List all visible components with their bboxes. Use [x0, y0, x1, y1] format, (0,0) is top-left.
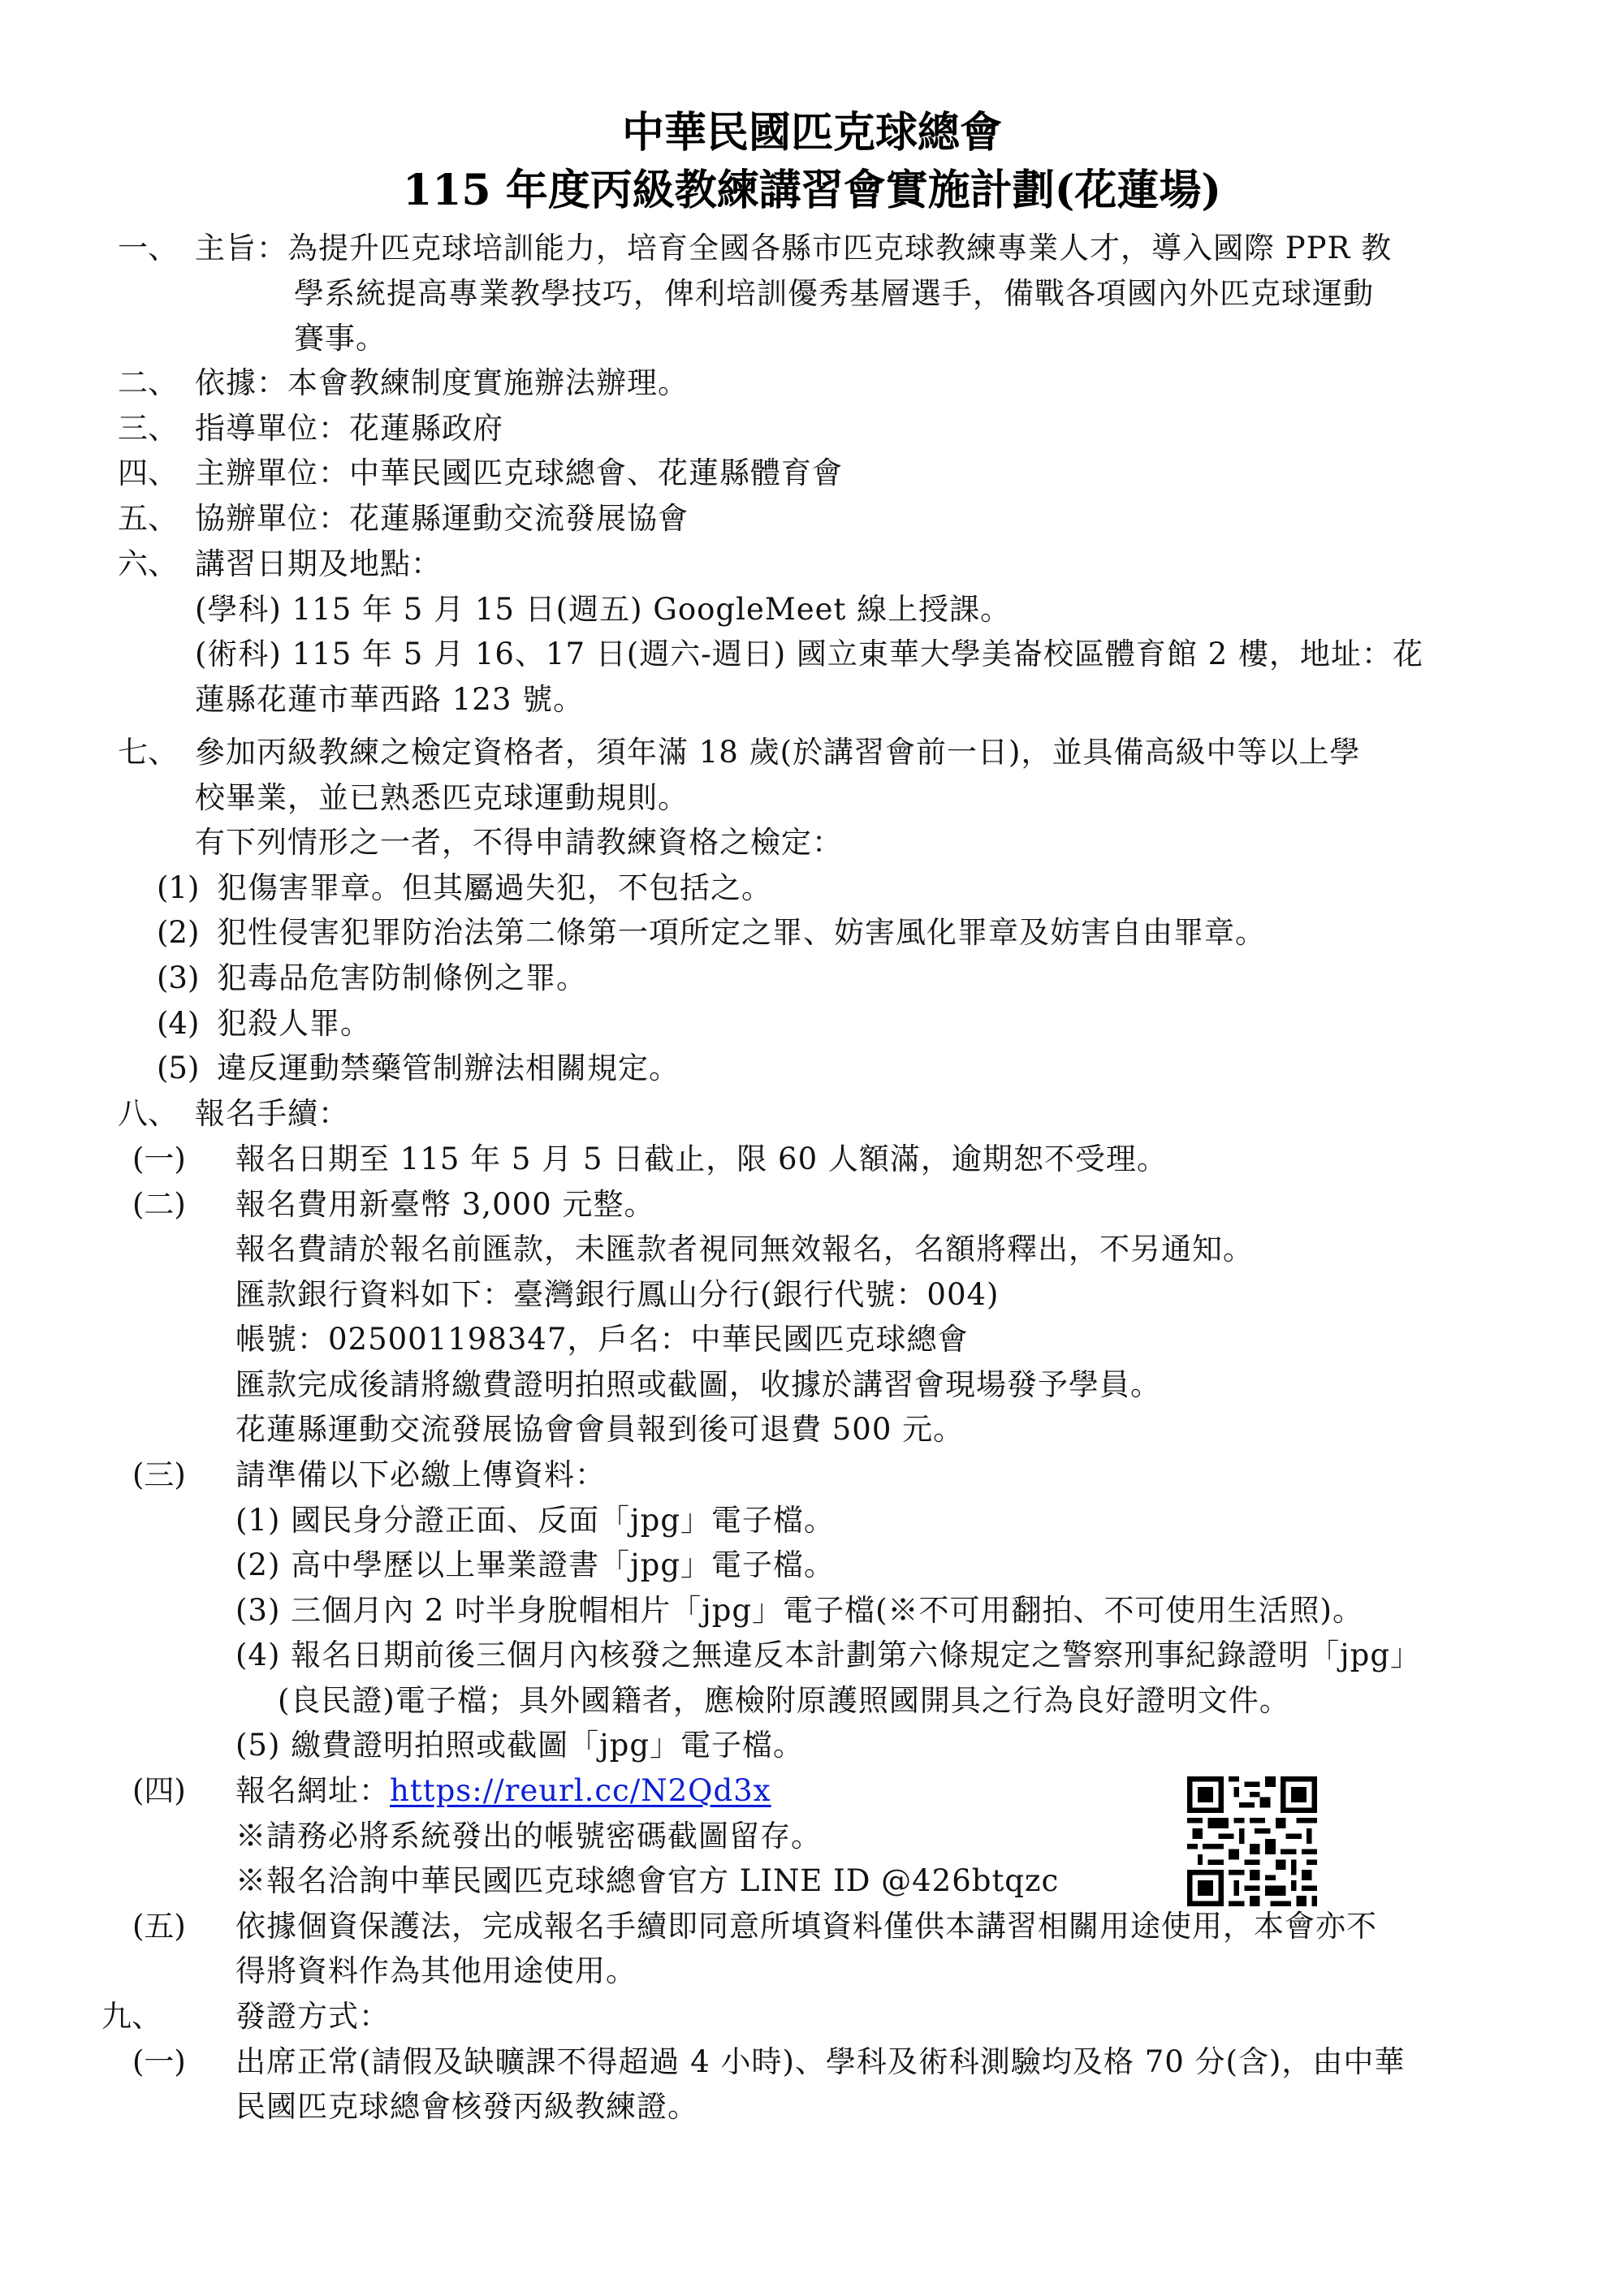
upload-item: (2) 高中學歷以上畢業證書「jpg」電子檔。 [235, 1545, 835, 1586]
upload-item-cont: (良民證)電子檔；具外國籍者，應檢附原護照國開具之行為良好證明文件。 [278, 1681, 1290, 1721]
note-line-id: ※報名洽詢中華民國匹克球總會官方 LINE ID @426btqzc [235, 1861, 1059, 1901]
note-screenshot: ※請務必將系統發出的帳號密碼截圖留存。 [235, 1816, 822, 1857]
section-1-line: 主旨：為提升匹克球培訓能力，培育全國各縣市匹克球教練專業人才，導入國際 PPR … [195, 228, 1392, 269]
section-7-line: 有下列情形之一者，不得申請教練資格之檢定： [195, 822, 843, 863]
sub-4-num: (四) [132, 1771, 186, 1811]
sub-1-text: 報名日期至 115 年 5 月 5 日截止，限 60 人額滿，逾期恕不受理。 [235, 1139, 1168, 1180]
section-6-line: (學科) 115 年 5 月 15 日(週五) GoogleMeet 線上授課。 [195, 589, 1011, 630]
section-2-label: 二、 [118, 363, 178, 404]
section-1-label: 一、 [118, 228, 178, 269]
disqualification-item: 犯傷害罪章。但其屬過失犯，不包括之。 [217, 868, 772, 908]
sub-3-heading: 請準備以下必繳上傳資料： [235, 1455, 606, 1495]
cert-line: 民國匹克球總會核發丙級教練證。 [235, 2087, 698, 2127]
disqualification-num: (3) [157, 958, 199, 999]
section-6-heading: 講習日期及地點： [195, 544, 442, 585]
document-title-plan: 115 年度丙級教練講習會實施計劃(花蓮場) [0, 165, 1624, 217]
sub-5-num: (五) [132, 1906, 186, 1947]
refund-line: 花蓮縣運動交流發展協會會員報到後可退費 500 元。 [235, 1409, 964, 1450]
section-6-line: 蓮縣花蓮市華西路 123 號。 [195, 680, 584, 720]
qr-code-icon[interactable] [1187, 1776, 1317, 1906]
upload-item: (4) 報名日期前後三個月內核發之無違反本計劃第六條規定之警察刑事紀錄證明「jp… [235, 1635, 1421, 1676]
disqualification-item: 犯性侵害犯罪防治法第二條第一項所定之罪、妨害風化罪章及妨害自由罪章。 [217, 913, 1266, 953]
section-6-line: (術科) 115 年 5 月 16、17 日(週六-週日) 國立東華大學美崙校區… [195, 634, 1423, 675]
section-5-label: 五、 [118, 498, 178, 539]
document-title-org: 中華民國匹克球總會 [0, 107, 1624, 159]
upload-item: (3) 三個月內 2 吋半身脫帽相片「jpg」電子檔(※不可用翻拍、不可使用生活… [235, 1590, 1363, 1631]
section-8-label: 八、 [118, 1094, 178, 1134]
section-7-label: 七、 [118, 732, 178, 773]
section-6-label: 六、 [118, 544, 178, 585]
section-1-line: 賽事。 [294, 318, 387, 359]
sub-2-num: (二) [132, 1185, 186, 1225]
fee-line: 匯款完成後請將繳費證明拍照或截圖，收據於講習會現場發予學員。 [235, 1365, 1161, 1405]
section-3-label: 三、 [118, 408, 178, 449]
registration-link[interactable]: https://reurl.cc/N2Qd3x [390, 1773, 771, 1808]
upload-item: (5) 繳費證明拍照或截圖「jpg」電子檔。 [235, 1725, 804, 1766]
section-1-line: 學系統提高專業教學技巧，俾利培訓優秀基層選手，備戰各項國內外匹克球運動 [294, 274, 1374, 314]
document-page: 中華民國匹克球總會 115 年度丙級教練講習會實施計劃(花蓮場) 一、 主旨：為… [0, 0, 1624, 2296]
disqualification-item: 違反運動禁藥管制辦法相關規定。 [217, 1048, 680, 1089]
cert-sub-1-num: (一) [132, 2042, 186, 2082]
sub-1-num: (一) [132, 1139, 186, 1180]
disqualification-num: (2) [157, 913, 199, 953]
section-7-line: 參加丙級教練之檢定資格者，須年滿 18 歲(於講習會前一日)，並具備高級中等以上… [195, 732, 1360, 773]
registration-url-row: 報名網址：https://reurl.cc/N2Qd3x [235, 1771, 771, 1811]
section-5-text: 協辦單位：花蓮縣運動交流發展協會 [195, 498, 689, 539]
disqualification-num: (1) [157, 868, 199, 908]
disqualification-item: 犯毒品危害防制條例之罪。 [217, 958, 587, 999]
upload-item: (1) 國民身分證正面、反面「jpg」電子檔。 [235, 1500, 835, 1541]
fee-line: 報名費用新臺幣 3,000 元整。 [235, 1185, 654, 1225]
cert-line: 出席正常(請假及缺曠課不得超過 4 小時)、學科及術科測驗均及格 70 分(含)… [235, 2042, 1405, 2082]
disqualification-num: (5) [157, 1048, 199, 1089]
sub-3-num: (三) [132, 1455, 186, 1495]
section-3-text: 指導單位：花蓮縣政府 [195, 408, 503, 449]
disqualification-item: 犯殺人罪。 [217, 1003, 371, 1044]
section-4-label: 四、 [118, 453, 178, 494]
registration-url-label: 報名網址： [235, 1773, 390, 1808]
account-number: 帳號：025001198347，戶名：中華民國匹克球總會 [235, 1319, 969, 1360]
section-4-text: 主辦單位：中華民國匹克球總會、花蓮縣體育會 [195, 453, 843, 494]
section-2-text: 依據：本會教練制度實施辦法辦理。 [195, 363, 689, 404]
privacy-line: 得將資料作為其他用途使用。 [235, 1951, 637, 1992]
section-8-heading: 報名手續： [195, 1094, 349, 1134]
disqualification-num: (4) [157, 1003, 199, 1044]
fee-line: 報名費請於報名前匯款，未匯款者視同無效報名，名額將釋出，不另通知。 [235, 1229, 1254, 1270]
privacy-line: 依據個資保護法，完成報名手續即同意所填資料僅供本講習相關用途使用，本會亦不 [235, 1906, 1377, 1947]
section-7-line: 校畢業，並已熟悉匹克球運動規則。 [195, 778, 689, 818]
section-9-label: 九、 [101, 1996, 162, 2037]
section-9-heading: 發證方式： [235, 1996, 390, 2037]
bank-info: 匯款銀行資料如下：臺灣銀行鳳山分行(銀行代號：004) [235, 1275, 1000, 1315]
